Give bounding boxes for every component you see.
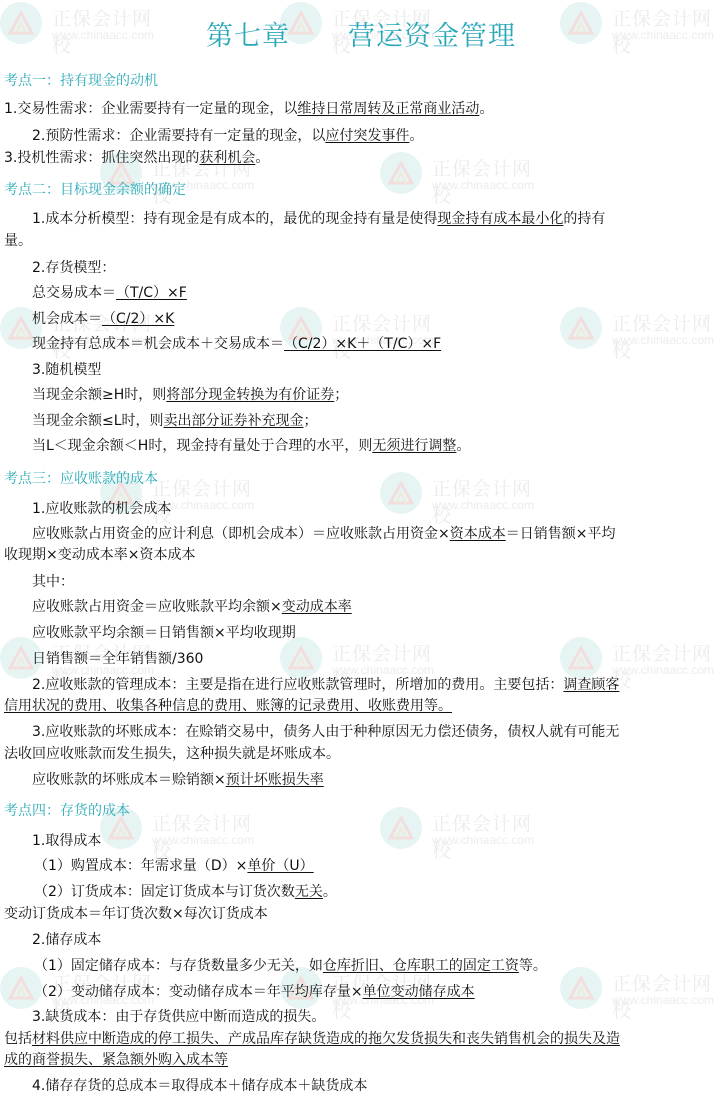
paragraph: 成的商誉损失、紧急额外购入成本等	[4, 1051, 228, 1069]
watermark-logo-icon	[280, 637, 322, 679]
watermark-url: www.chinaacc.com	[332, 663, 434, 677]
formula: 4.储存存货的总成本＝取得成本＋储存成本＋缺货成本	[32, 1077, 367, 1095]
watermark-brand: 正保会计网校	[612, 309, 722, 363]
watermark-url: www.chinaacc.com	[152, 833, 254, 847]
watermark-brand: 正保会计网校	[612, 639, 722, 693]
formula: 日销售额＝全年销售额/360	[32, 650, 203, 668]
section-heading-1: 考点一：持有现金的动机	[4, 72, 158, 90]
watermark-brand: 正保会计网校	[432, 474, 550, 528]
watermark-brand: 正保会计网校	[152, 809, 270, 863]
paragraph: 1.交易性需求：企业需要持有一定量的现金，以维持日常周转及正常商业活动。	[4, 100, 493, 118]
watermark: 正保会计网校www.chinaacc.com	[380, 805, 550, 853]
watermark-logo-icon	[380, 472, 422, 514]
watermark: 正保会计网校www.chinaacc.com	[380, 150, 550, 198]
paragraph: 2.预防性需求：企业需要持有一定量的现金，以应付突发事件。	[32, 127, 423, 145]
paragraph: 包括材料供应中断造成的停工损失、产成品库存缺货造成的拖欠发货损失和丧失销售机会的…	[4, 1030, 620, 1048]
section-heading-3: 考点三：应收账款的成本	[4, 470, 158, 488]
watermark-url: www.chinaacc.com	[612, 993, 714, 1007]
chapter-number: 第七章	[206, 21, 290, 52]
paragraph: 2.储存成本	[32, 931, 101, 949]
formula: 机会成本＝（C/2）×K	[32, 310, 174, 328]
watermark-logo-icon	[560, 967, 602, 1009]
paragraph: 当现金余额≤L时，则卖出部分证券补充现金；	[32, 412, 318, 430]
paragraph: 1.成本分析模型：持有现金是有成本的，最优的现金持有量是使得现金持有成本最小化的…	[32, 210, 605, 228]
paragraph: 当现金余额≥H时，则将部分现金转换为有价证券；	[32, 386, 348, 404]
watermark-brand: 正保会计网校	[612, 969, 722, 1023]
paragraph: 1.取得成本	[32, 832, 101, 850]
paragraph: 3.缺货成本：由于存货供应中断而造成的损失。	[32, 1008, 325, 1026]
paragraph: 量。	[4, 232, 32, 250]
paragraph: 3.随机模型	[32, 361, 101, 379]
watermark-url: www.chinaacc.com	[432, 833, 534, 847]
paragraph: 2.存货模型：	[32, 259, 115, 277]
watermark-url: www.chinaacc.com	[612, 333, 714, 347]
formula: 应收账款的坏账成本＝赊销额×预计坏账损失率	[32, 771, 324, 789]
watermark-url: www.chinaacc.com	[432, 178, 534, 192]
watermark: 正保会计网校www.chinaacc.com	[560, 965, 722, 1013]
paragraph: 当L＜现金余额＜H时，现金持有量处于合理的水平，则无须进行调整。	[32, 437, 470, 455]
formula: 应收账款平均余额＝日销售额×平均收现期	[32, 624, 296, 642]
watermark-logo-icon	[380, 807, 422, 849]
formula: 变动订货成本＝年订货次数×每次订货成本	[4, 905, 268, 923]
page-title: 第七章营运资金管理	[0, 14, 722, 53]
watermark-brand: 正保会计网校	[432, 809, 550, 863]
paragraph: 法收回应收账款而发生损失，这种损失就是坏账成本。	[4, 745, 340, 763]
section-heading-2: 考点二：目标现金余额的确定	[4, 181, 186, 199]
paragraph: （1）购置成本：年需求量（D）×单价（U）	[34, 857, 314, 875]
paragraph: 应收账款占用资金的应计利息（即机会成本）＝应收账款占用资金×资本成本＝日销售额×…	[32, 525, 615, 543]
watermark-logo-icon	[380, 152, 422, 194]
watermark: 正保会计网校www.chinaacc.com	[560, 305, 722, 353]
paragraph: 1.应收账款的机会成本	[32, 500, 171, 518]
watermark-brand: 正保会计网校	[432, 154, 550, 208]
paragraph: 3.投机性需求：抓住突然出现的获利机会。	[4, 149, 269, 167]
paragraph: 收现期×变动成本率×资本成本	[4, 546, 195, 564]
section-heading-4: 考点四：存货的成本	[4, 802, 130, 820]
paragraph: 3.应收账款的坏账成本：在赊销交易中，债务人由于种种原因无力偿还债务，债权人就有…	[32, 723, 619, 741]
formula: 应收账款占用资金＝应收账款平均余额×变动成本率	[32, 598, 352, 616]
watermark: 正保会计网校www.chinaacc.com	[380, 470, 550, 518]
watermark-url: www.chinaacc.com	[612, 663, 714, 677]
paragraph: 2.应收账款的管理成本：主要是指在进行应收账款管理时，所增加的费用。主要包括：调…	[32, 676, 619, 694]
paragraph: （1）固定储存成本：与存货数量多少无关，如仓库折旧、仓库职工的固定工资等。	[34, 957, 547, 975]
paragraph: （2）订货成本：固定订货成本与订货次数无关。	[34, 883, 337, 901]
watermark-logo-icon	[560, 637, 602, 679]
paragraph: 其中：	[32, 573, 74, 591]
formula: 现金持有总成本＝机会成本＋交易成本＝（C/2）×K＋（T/C）×F	[32, 335, 441, 353]
formula: （2）变动储存成本：变动储存成本＝年平均库存量×单位变动储存成本	[34, 983, 475, 1001]
watermark-logo-icon	[560, 307, 602, 349]
watermark-url: www.chinaacc.com	[432, 498, 534, 512]
formula: 总交易成本＝（T/C）×F	[32, 284, 187, 302]
paragraph: 信用状况的费用、收集各种信息的费用、账簿的记录费用、收账费用等。	[4, 697, 452, 715]
chapter-name: 营运资金管理	[348, 21, 516, 52]
